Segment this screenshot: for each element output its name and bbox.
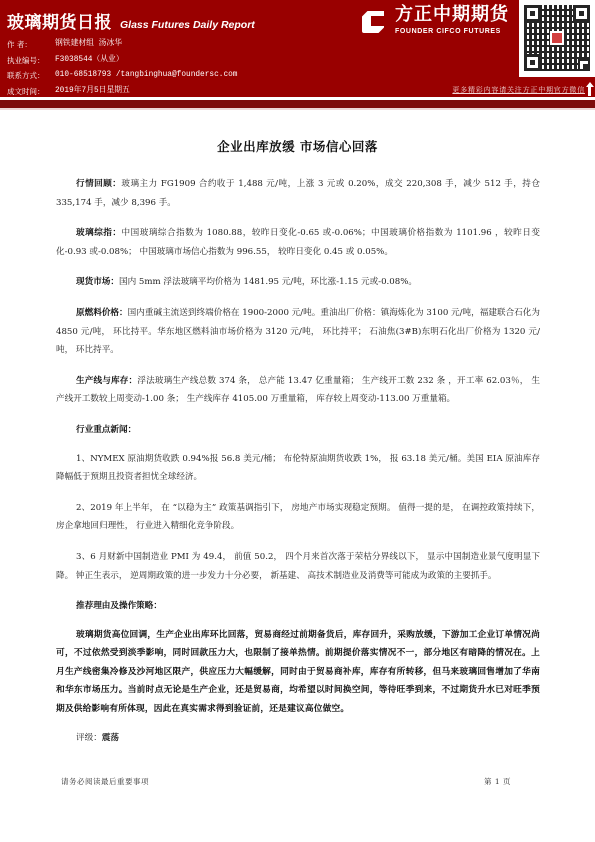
meta-contact: 联系方式： 010-68518793 /tangbinghua@founders… [7,68,237,84]
meta-license: 执业编号： F3038544（从业） [7,53,237,69]
strategy-text: 玻璃期货高位回调，生产企业出库环比回落，贸易商经过前期备货后，库存回升，采购放缓… [56,626,540,719]
header-band [0,100,595,108]
section-raw-material: 原燃料价格：国内重碱主流送到终端价格在 1900-2000 元/吨。重油出厂价格… [56,304,540,360]
section-text: 国内重碱主流送到终端价格在 1900-2000 元/吨。重油出厂价格：镇海炼化为… [56,308,540,355]
author-meta: 作 者： 钢铁建材组 汤冰华 执业编号： F3038544（从业） 联系方式： … [7,37,237,99]
logo-name-cn: 方正中期期货 [395,5,509,25]
section-market-review: 行情回顾：玻璃主力 FG1909 合约收于 1,488 元/吨，上涨 3 元或 … [56,175,540,212]
rating-value: 震荡 [102,733,119,743]
section-text: 中国玻璃综合指数为 1080.88，较昨日变化-0.65 或-0.06%；中国玻… [56,228,540,257]
section-spot-market: 现货市场：国内 5mm 浮法玻璃平均价格为 1481.95 元/吨，环比涨-1.… [56,273,540,292]
section-glass-index: 玻璃综指：中国玻璃综合指数为 1080.88，较昨日变化-0.65 或-0.06… [56,224,540,261]
logo-name-en: FOUNDER CIFCO FUTURES [395,28,509,35]
section-production-inventory: 生产线与库存：浮法玻璃生产线总数 374 条， 总产能 13.47 亿重量箱； … [56,372,540,409]
strategy-heading: 推荐理由及操作策略： [56,597,540,616]
news-item: 3、6 月财新中国制造业 PMI 为 49.4， 前值 50.2， 四个月来首次… [56,548,540,585]
page-number: 第 1 页 [484,776,511,787]
meta-value: F3038544（从业） [55,53,124,69]
section-text: 玻璃主力 FG1909 合约收于 1,488 元/吨，上涨 3 元或 0.20%… [56,179,540,208]
follow-wechat-link[interactable]: 更多精彩内容请关注方正中期官方微信 [452,85,585,95]
company-logo: 方正中期期货 FOUNDER CIFCO FUTURES [362,5,509,35]
wechat-qr-code [519,0,595,77]
report-title-cn: 玻璃期货日报 [7,13,112,33]
section-label: 现货市场： [76,277,119,287]
report-body: 行情回顾：玻璃主力 FG1909 合约收于 1,488 元/吨，上涨 3 元或 … [56,175,540,747]
report-title-en: Glass Futures Daily Report [120,19,255,31]
arrow-up-icon [586,82,593,96]
contact-link[interactable]: 010-68518793 /tangbinghua@foundersc.com [55,68,237,84]
rating-label: 评级： [76,733,102,743]
meta-label: 联系方式： [7,68,55,84]
meta-author: 作 者： 钢铁建材组 汤冰华 [7,37,237,53]
rating: 评级：震荡 [56,729,540,748]
section-label: 原燃料价格： [76,308,128,318]
news-item: 1、NYMEX 原油期货收跌 0.94%报 56.8 美元/桶； 布伦特原油期货… [56,450,540,487]
section-label: 生产线与库存： [76,376,137,386]
news-heading: 行业重点新闻： [56,421,540,440]
header-band-shadow [0,108,595,110]
report-header: 玻璃期货日报Glass Futures Daily Report 作 者： 钢铁… [0,0,595,97]
qr-brand-icon [550,31,564,45]
qr-code-icon [524,5,590,71]
news-item: 2、2019 年上半年， 在 “以稳为主” 政策基调指引下， 房地产市场实现稳定… [56,499,540,536]
section-label: 玻璃综指： [76,228,122,238]
section-label: 行情回顾： [76,179,121,189]
document-title: 企业出库放缓 市场信心回落 [0,137,595,155]
footer-disclaimer: 请务必阅读最后重要事项 [61,776,149,787]
meta-value: 钢铁建材组 汤冰华 [55,37,122,53]
report-title: 玻璃期货日报Glass Futures Daily Report [7,8,255,33]
section-text: 国内 5mm 浮法玻璃平均价格为 1481.95 元/吨，环比涨-1.15 元或… [119,277,417,287]
meta-label: 作 者： [7,37,55,53]
logo-mark-icon [362,7,388,33]
meta-label: 执业编号： [7,53,55,69]
